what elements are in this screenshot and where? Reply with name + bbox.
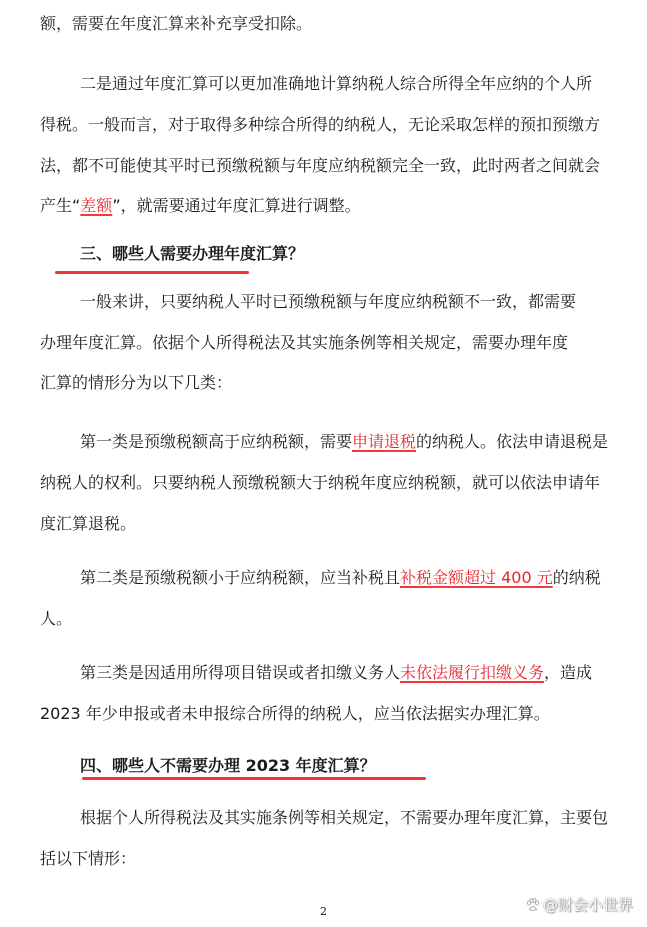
paragraph-line: 第三类是因适用所得项目错误或者扣缴义务人未依法履行扣缴义务，造成 — [80, 663, 592, 683]
text: 的纳税人。依法申请退税是 — [416, 432, 608, 451]
paragraph-line: 得税。一般而言，对于取得多种综合所得的纳税人，无论采取怎样的预扣预缴方 — [40, 115, 600, 135]
text: 的纳税 — [553, 568, 601, 587]
text: 产生“ — [40, 196, 80, 215]
paragraph-line: 第一类是预缴税额高于应纳税额，需要申请退税的纳税人。依法申请退税是 — [80, 432, 608, 452]
section-heading-4: 四、哪些人不需要办理 2023 年度汇算？ — [80, 756, 376, 776]
text: 第一类是预缴税额高于应纳税额，需要 — [80, 432, 352, 451]
highlight-link[interactable]: 补税金额超过 400 元 — [400, 568, 553, 587]
heading-underline — [82, 777, 426, 780]
watermark-text: @财会小世界 — [543, 894, 633, 915]
paragraph-line: 括以下情形： — [40, 849, 136, 869]
paragraph-line: 人。 — [40, 609, 72, 629]
watermark: @财会小世界 — [526, 894, 633, 915]
paragraph-line: 办理年度汇算。依据个人所得税法及其实施条例等相关规定，需要办理年度 — [40, 333, 568, 353]
paragraph-line: 法，都不可能使其平时已预缴税额与年度应纳税额完全一致，此时两者之间就会 — [40, 156, 600, 176]
heading-underline — [55, 271, 249, 274]
text: 第三类是因适用所得项目错误或者扣缴义务人 — [80, 663, 400, 682]
text: ，造成 — [544, 663, 592, 682]
highlight-link[interactable]: 申请退税 — [352, 432, 416, 451]
paw-icon — [526, 898, 540, 912]
section-heading-3: 三、哪些人需要办理年度汇算？ — [80, 244, 304, 264]
paragraph-line: 度汇算退税。 — [40, 514, 136, 534]
highlight-link[interactable]: 差额 — [80, 196, 112, 215]
text: ”，就需要通过年度汇算进行调整。 — [112, 196, 360, 215]
paragraph-line: 额，需要在年度汇算来补充享受扣除。 — [40, 14, 312, 34]
paragraph-line: 汇算的情形分为以下几类： — [40, 373, 232, 393]
text: 第二类是预缴税额小于应纳税额，应当补税且 — [80, 568, 400, 587]
paragraph-line: 二是通过年度汇算可以更加准确地计算纳税人综合所得全年应纳的个人所 — [80, 74, 592, 94]
paragraph-line: 第二类是预缴税额小于应纳税额，应当补税且补税金额超过 400 元的纳税 — [80, 568, 601, 588]
paragraph-line: 一般来讲，只要纳税人平时已预缴税额与年度应纳税额不一致，都需要 — [80, 292, 576, 312]
paragraph-line: 纳税人的权利。只要纳税人预缴税额大于纳税年度应纳税额，就可以依法申请年 — [40, 473, 600, 493]
paragraph-line: 产生“差额”，就需要通过年度汇算进行调整。 — [40, 196, 361, 216]
highlight-link[interactable]: 未依法履行扣缴义务 — [400, 663, 544, 682]
paragraph-line: 根据个人所得税法及其实施条例等相关规定，不需要办理年度汇算，主要包 — [80, 808, 608, 828]
paragraph-line: 2023 年少申报或者未申报综合所得的纳税人，应当依法据实办理汇算。 — [40, 704, 550, 724]
